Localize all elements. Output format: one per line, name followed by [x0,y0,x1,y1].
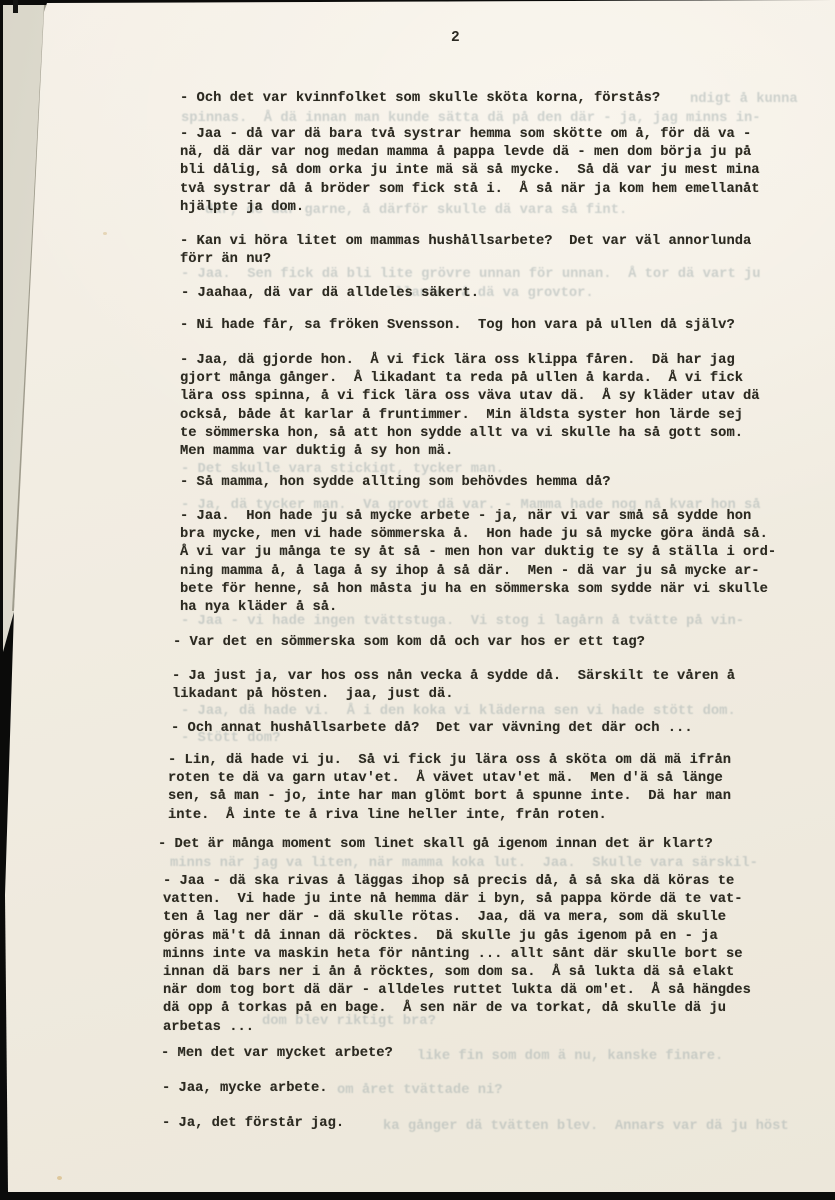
transcript-paragraph: - Jaa - då var dä bara två systrar hemma… [180,126,760,217]
transcript-paragraph: - Ni hade får, sa fröken Svensson. Tog h… [180,317,735,335]
transcript-paragraph: - Jaa. Hon hade ju så mycke arbete - ja,… [180,508,776,617]
transcript-paragraph: - Ja, det förstår jag. [162,1115,344,1133]
transcript-paragraph: - Var det en sömmerska som kom då och va… [173,634,645,652]
transcript-paragraph: - Jaahaa, dä var dä alldeles säkert. [181,285,479,303]
transcript-paragraph: - Och det var kvinnfolket som skulle skö… [180,90,660,108]
transcript-paragraph: - Det är många moment som linet skall gå… [158,836,713,854]
page-number: 2 [451,30,460,46]
bleedthrough-line: ka gånger dä tvätten blev. Annars var dä… [383,1118,789,1136]
transcript-paragraph: - Men det var mycket arbete? [161,1045,393,1063]
bleedthrough-line: om året tvättade ni? [337,1082,503,1100]
transcript-paragraph: - Ja just ja, var hos oss nån vecka å sy… [172,668,735,704]
paper-sheet: ndigt å kunnaspinnas. Å dä innan man kun… [0,0,835,1200]
transcript-paragraph: - Så mamma, hon sydde allting som behövd… [180,474,611,492]
bleedthrough-line: ndigt å kunna [690,91,798,109]
transcript-paragraph: - Och annat hushållsarbete då? Det var v… [171,720,693,738]
transcript-paragraph: - Kan vi höra litet om mammas hushållsar… [180,233,751,269]
transcript-paragraph: - Jaa, mycke arbete. [162,1080,328,1098]
bleedthrough-line: - Jaa, dä hade vi. Å i den koka vi kläde… [181,703,736,721]
transcript-paragraph: - Jaa, dä gjorde hon. Å vi fick lära oss… [180,352,760,461]
bleedthrough-line: like fin som dom ä nu, kanske finare. [417,1048,723,1066]
bleedthrough-line: minns när jag va liten, när mamma koka l… [170,855,758,873]
stain-speck [57,1176,62,1180]
stain-speck [103,232,107,235]
transcript-paragraph: - Lin, dä hade vi ju. Så vi fick ju lära… [168,752,731,825]
binding-mark [13,0,18,13]
transcript-paragraph: - Jaa - dä ska rivas å läggas ihop så pr… [163,873,751,1037]
scanned-page: ndigt å kunnaspinnas. Å dä innan man kun… [0,0,835,1200]
